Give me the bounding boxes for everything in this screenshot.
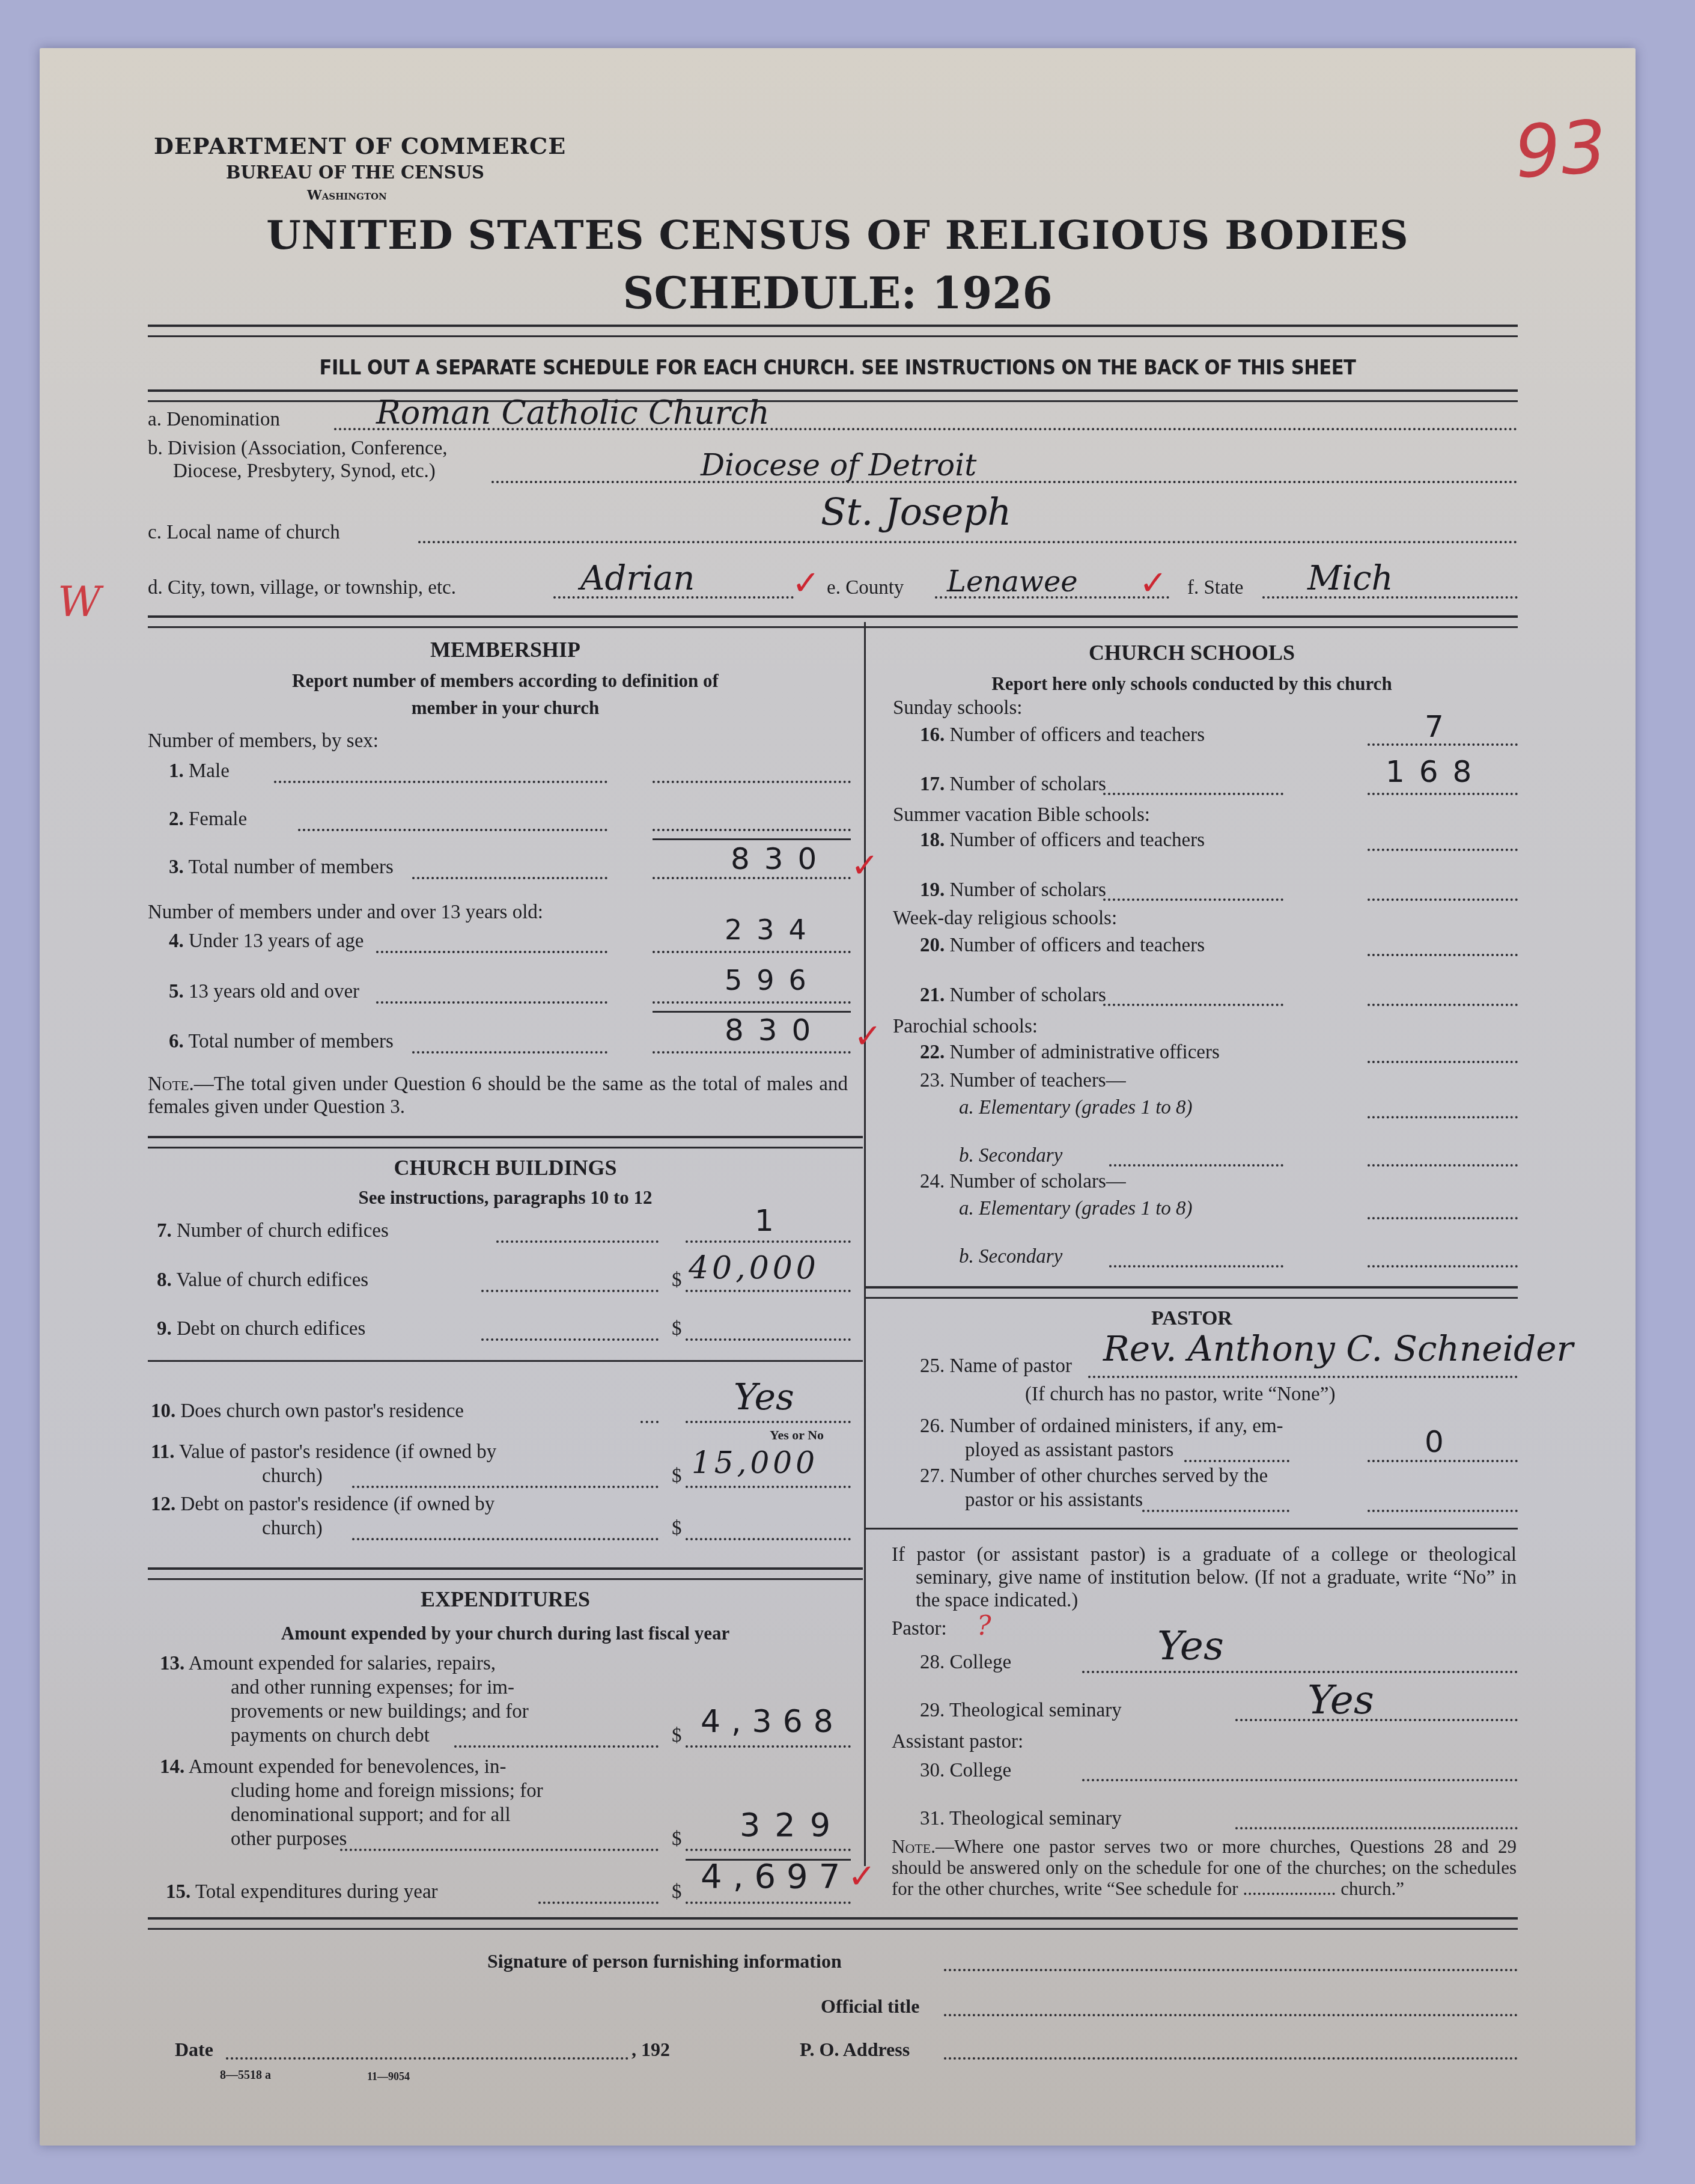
membership-subheading-1: Report number of members according to de… bbox=[148, 670, 863, 692]
q26-field[interactable]: 0 bbox=[1425, 1424, 1458, 1459]
county-label: e. County bbox=[827, 577, 904, 599]
county-field[interactable]: Lenawee bbox=[947, 565, 1078, 599]
age-total-line bbox=[653, 1051, 851, 1054]
under-13-line bbox=[653, 951, 851, 953]
q30-field[interactable] bbox=[1082, 1779, 1518, 1781]
school-19-leader bbox=[1103, 898, 1283, 901]
edifices-count-field[interactable]: 1 bbox=[755, 1203, 788, 1238]
signature-field[interactable] bbox=[944, 1969, 1518, 1971]
date-field[interactable] bbox=[226, 2057, 628, 2060]
exp-15-leader bbox=[538, 1902, 659, 1904]
exp-15-line bbox=[686, 1902, 851, 1904]
exp-14-leader bbox=[340, 1849, 659, 1851]
state-field[interactable]: Mich bbox=[1307, 559, 1393, 598]
school-17-field[interactable]: 168 bbox=[1386, 754, 1486, 789]
female-field[interactable] bbox=[653, 829, 851, 831]
school-21-leader bbox=[1103, 1004, 1283, 1006]
divider-rule bbox=[148, 1136, 863, 1148]
local-name-label: c. Local name of church bbox=[148, 522, 340, 544]
school-16-field[interactable]: 7 bbox=[1425, 709, 1458, 744]
q31-label: 31. Theological seminary bbox=[920, 1808, 1122, 1830]
edifices-count-label: 7. Number of church edifices bbox=[157, 1220, 389, 1242]
pastor-name-line bbox=[1088, 1376, 1518, 1378]
q27-label-1: 27. Number of other churches served by t… bbox=[920, 1465, 1268, 1487]
residence-value-label-2: church) bbox=[262, 1465, 323, 1487]
denomination-field[interactable]: Roman Catholic Church bbox=[376, 394, 770, 432]
pastor-annotation: ? bbox=[977, 1611, 991, 1641]
scholars-secondary-leader bbox=[1109, 1265, 1283, 1267]
checkmark-icon: ✓ bbox=[851, 846, 879, 885]
edifices-value-leader bbox=[481, 1290, 659, 1292]
city-label: d. City, town, village, or township, etc… bbox=[148, 577, 456, 599]
form-code: 8—5518 a bbox=[220, 2069, 271, 2082]
exp-15-field[interactable]: 4,697 bbox=[701, 1857, 851, 1896]
print-code: 11—9054 bbox=[367, 2070, 410, 2083]
female-leader bbox=[298, 829, 607, 831]
schools-subheading: Report here only schools conducted by th… bbox=[866, 673, 1518, 695]
divider-rule bbox=[148, 615, 1518, 628]
page-number-annotation: 93 bbox=[1512, 105, 1609, 195]
over-13-line bbox=[653, 1001, 851, 1004]
signature-label: Signature of person furnishing informati… bbox=[487, 1950, 842, 1972]
division-label-2: Diocese, Presbytery, Synod, etc.) bbox=[173, 460, 436, 483]
exp-14-line-2: cluding home and foreign missions; for bbox=[231, 1780, 543, 1802]
dollar-sign: $ bbox=[672, 1881, 682, 1903]
exp-13-leader bbox=[454, 1745, 659, 1748]
exp-14-line-3: denominational support; and for all bbox=[231, 1804, 511, 1826]
date-suffix: , 192 bbox=[631, 2039, 670, 2061]
schools-heading: CHURCH SCHOOLS bbox=[866, 640, 1518, 665]
exp-13-line-3: provements or new buildings; and for bbox=[231, 1701, 529, 1723]
bureau-heading: BUREAU OF THE CENSUS bbox=[226, 162, 484, 183]
pastor-heading: PASTOR bbox=[866, 1307, 1518, 1330]
school-17-label: 17. Number of scholars bbox=[920, 773, 1106, 796]
by-age-label: Number of members under and over 13 year… bbox=[148, 901, 543, 924]
margin-annotation: W bbox=[58, 577, 101, 626]
school-20-field[interactable] bbox=[1368, 954, 1518, 956]
buildings-heading: CHURCH BUILDINGS bbox=[148, 1155, 863, 1180]
exp-15-label: 15. Total expenditures during year bbox=[166, 1881, 438, 1903]
yes-no-hint: Yes or No bbox=[770, 1427, 824, 1443]
age-total-field[interactable]: 830 bbox=[725, 1013, 825, 1048]
parochial-schools-label: Parochial schools: bbox=[893, 1016, 1038, 1038]
exp-14-line bbox=[686, 1849, 851, 1851]
instruction-line: FILL OUT A SEPARATE SCHEDULE FOR EACH CH… bbox=[40, 356, 1636, 380]
expenditures-subheading: Amount expended by your church during la… bbox=[148, 1623, 863, 1644]
total-members-field[interactable]: 830 bbox=[731, 841, 831, 876]
pastor-name-label: 25. Name of pastor bbox=[920, 1355, 1072, 1377]
edifices-debt-leader bbox=[481, 1338, 659, 1341]
teachers-secondary-leader bbox=[1109, 1164, 1283, 1167]
divider-rule bbox=[866, 1528, 1518, 1530]
residence-value-label: 11. Value of pastor's residence (if owne… bbox=[151, 1441, 496, 1463]
divider-rule bbox=[148, 1567, 863, 1580]
address-label: P. O. Address bbox=[800, 2039, 910, 2061]
q30-label: 30. College bbox=[920, 1760, 1011, 1782]
dollar-sign: $ bbox=[672, 1318, 682, 1340]
membership-subheading-2: member in your church bbox=[148, 697, 863, 719]
assistant-pastor-label: Assistant pastor: bbox=[892, 1731, 1023, 1753]
address-field[interactable] bbox=[944, 2057, 1518, 2060]
q27-leader bbox=[1142, 1510, 1289, 1512]
owns-residence-label: 10. Does church own pastor's residence bbox=[151, 1400, 464, 1423]
local-name-line bbox=[418, 541, 1518, 543]
pastor-label: Pastor: bbox=[892, 1618, 947, 1640]
membership-heading: MEMBERSHIP bbox=[148, 637, 863, 662]
school-18-field[interactable] bbox=[1368, 849, 1518, 851]
graduate-note: If pastor (or assistant pastor) is a gra… bbox=[892, 1543, 1517, 1612]
over-13-field[interactable]: 596 bbox=[725, 964, 821, 996]
divider-rule bbox=[148, 1360, 863, 1362]
school-20-label: 20. Number of officers and teachers bbox=[920, 935, 1205, 957]
scholars-label: 24. Number of scholars— bbox=[920, 1171, 1126, 1193]
exp-14-field[interactable]: 329 bbox=[740, 1806, 845, 1844]
census-schedule-page: DEPARTMENT OF COMMERCE BUREAU OF THE CEN… bbox=[40, 48, 1636, 2146]
dollar-sign: $ bbox=[672, 1828, 682, 1850]
q26-label-1: 26. Number of ordained ministers, if any… bbox=[920, 1415, 1283, 1438]
state-label: f. State bbox=[1187, 577, 1243, 599]
residence-value-line bbox=[686, 1486, 851, 1488]
pastor-name-field[interactable]: Rev. Anthony C. Schneider bbox=[1103, 1328, 1573, 1369]
column-divider bbox=[864, 622, 866, 1866]
denomination-label: a. Denomination bbox=[148, 409, 280, 431]
total-members-line bbox=[653, 877, 851, 879]
school-22-field[interactable] bbox=[1368, 1061, 1518, 1063]
divider-rule bbox=[148, 389, 1518, 402]
scholars-elementary-label: a. Elementary (grades 1 to 8) bbox=[959, 1198, 1193, 1220]
sum-rule bbox=[653, 838, 851, 840]
department-heading: DEPARTMENT OF COMMERCE bbox=[154, 132, 566, 159]
school-22-label: 22. Number of administrative officers bbox=[920, 1042, 1220, 1064]
school-21-label: 21. Number of scholars bbox=[920, 984, 1106, 1007]
male-leader bbox=[274, 781, 607, 783]
form-title: UNITED STATES CENSUS OF RELIGIOUS BODIES bbox=[40, 212, 1636, 258]
date-label: Date bbox=[175, 2039, 213, 2061]
city-heading: Washington bbox=[307, 188, 387, 203]
edifices-debt-label: 9. Debt on church edifices bbox=[157, 1318, 365, 1340]
school-19-label: 19. Number of scholars bbox=[920, 879, 1106, 901]
q29-line bbox=[1235, 1719, 1518, 1721]
q29-field[interactable]: Yes bbox=[1307, 1677, 1374, 1723]
official-title-field[interactable] bbox=[944, 2014, 1518, 2016]
city-field[interactable]: Adrian bbox=[580, 559, 695, 598]
total-members-label: 3. Total number of members bbox=[169, 856, 394, 879]
q28-label: 28. College bbox=[920, 1652, 1011, 1674]
sunday-schools-label: Sunday schools: bbox=[893, 697, 1022, 719]
exp-13-line-2: and other running expenses; for im- bbox=[231, 1677, 514, 1699]
q27-label-2: pastor or his assistants bbox=[965, 1489, 1143, 1511]
divider-rule bbox=[866, 1286, 1518, 1299]
over-13-leader bbox=[376, 1001, 607, 1004]
owns-residence-field[interactable]: Yes bbox=[734, 1376, 794, 1418]
school-21-field[interactable] bbox=[1368, 1004, 1518, 1006]
edifices-value-label: 8. Value of church edifices bbox=[157, 1269, 368, 1292]
male-field[interactable] bbox=[653, 781, 851, 783]
membership-note: Note.—The total given under Question 6 s… bbox=[148, 1073, 848, 1118]
official-title-label: Official title bbox=[821, 1995, 919, 2018]
school-19-field[interactable] bbox=[1368, 898, 1518, 901]
school-18-label: 18. Number of officers and teachers bbox=[920, 829, 1205, 852]
by-sex-label: Number of members, by sex: bbox=[148, 730, 379, 752]
edifices-value-field[interactable]: 40,000 bbox=[689, 1250, 820, 1286]
school-16-label: 16. Number of officers and teachers bbox=[920, 724, 1205, 746]
division-label-1: b. Division (Association, Conference, bbox=[148, 438, 448, 460]
q26-label-2: ployed as assistant pastors bbox=[965, 1439, 1173, 1462]
exp-13-line bbox=[686, 1745, 851, 1748]
residence-value-field[interactable]: 15,000 bbox=[692, 1445, 818, 1480]
division-line bbox=[491, 481, 1518, 483]
weekday-schools-label: Week-day religious schools: bbox=[893, 907, 1117, 930]
divider-rule bbox=[148, 325, 1518, 337]
age-total-label: 6. Total number of members bbox=[169, 1031, 394, 1053]
under-13-leader bbox=[376, 951, 607, 953]
edifices-count-leader bbox=[496, 1240, 659, 1243]
edifices-value-line bbox=[686, 1290, 851, 1292]
q27-field[interactable] bbox=[1368, 1510, 1518, 1512]
teachers-elementary-field[interactable] bbox=[1368, 1116, 1518, 1118]
checkmark-icon: ✓ bbox=[792, 564, 820, 603]
pastor-note: Note.—Where one pastor serves two or mor… bbox=[892, 1836, 1517, 1899]
exp-13-line-4: payments on church debt bbox=[231, 1725, 430, 1747]
scholars-secondary-field[interactable] bbox=[1368, 1265, 1518, 1267]
dollar-sign: $ bbox=[672, 1465, 682, 1487]
q28-field[interactable]: Yes bbox=[1157, 1623, 1224, 1669]
owns-residence-line bbox=[686, 1421, 851, 1423]
school-17-leader bbox=[1103, 793, 1283, 795]
exp-13-label: 13. Amount expended for salaries, repair… bbox=[160, 1653, 496, 1675]
q28-line bbox=[1082, 1671, 1518, 1673]
none-hint: (If church has no pastor, write “None”) bbox=[1025, 1383, 1335, 1406]
under-13-field[interactable]: 234 bbox=[725, 914, 821, 946]
under-13-label: 4. Under 13 years of age bbox=[169, 930, 364, 953]
expenditures-heading: EXPENDITURES bbox=[148, 1587, 863, 1612]
exp-14-line-4: other purposes bbox=[231, 1828, 347, 1850]
exp-13-field[interactable]: 4,368 bbox=[701, 1704, 844, 1740]
residence-debt-label: 12. Debt on pastor's residence (if owned… bbox=[151, 1493, 495, 1516]
form-subtitle: SCHEDULE: 1926 bbox=[40, 267, 1636, 319]
age-total-leader bbox=[412, 1051, 607, 1054]
female-label: 2. Female bbox=[169, 808, 247, 831]
teachers-secondary-label: b. Secondary bbox=[959, 1145, 1062, 1167]
teachers-elementary-label: a. Elementary (grades 1 to 8) bbox=[959, 1097, 1193, 1119]
residence-debt-field[interactable] bbox=[686, 1538, 851, 1540]
total-leader bbox=[412, 877, 607, 879]
scholars-secondary-label: b. Secondary bbox=[959, 1246, 1062, 1268]
residence-debt-label-2: church) bbox=[262, 1518, 323, 1540]
school-17-line bbox=[1368, 793, 1518, 795]
q29-label: 29. Theological seminary bbox=[920, 1700, 1122, 1722]
local-name-field[interactable]: St. Joseph bbox=[821, 490, 1011, 534]
residence-debt-leader bbox=[352, 1538, 659, 1540]
dollar-sign: $ bbox=[672, 1725, 682, 1747]
edifices-debt-field[interactable] bbox=[686, 1338, 851, 1341]
male-label: 1. Male bbox=[169, 760, 230, 782]
dollar-sign: $ bbox=[672, 1518, 682, 1540]
checkmark-icon: ✓ bbox=[848, 1857, 876, 1896]
over-13-label: 5. 13 years old and over bbox=[169, 981, 359, 1003]
exp-14-label: 14. Amount expended for benevolences, in… bbox=[160, 1756, 506, 1778]
summer-schools-label: Summer vacation Bible schools: bbox=[893, 804, 1150, 826]
edifices-count-line bbox=[686, 1240, 851, 1243]
divider-rule bbox=[148, 1917, 1518, 1930]
q26-line bbox=[1368, 1460, 1518, 1462]
teachers-secondary-field[interactable] bbox=[1368, 1164, 1518, 1167]
teachers-label: 23. Number of teachers— bbox=[920, 1070, 1126, 1092]
q31-field[interactable] bbox=[1235, 1827, 1518, 1829]
checkmark-icon: ✓ bbox=[854, 1017, 882, 1056]
residence-value-leader bbox=[352, 1486, 659, 1488]
division-field[interactable]: Diocese of Detroit bbox=[701, 448, 976, 483]
checkmark-icon: ✓ bbox=[1139, 564, 1167, 603]
scholars-elementary-field[interactable] bbox=[1368, 1217, 1518, 1219]
dollar-sign: $ bbox=[672, 1269, 682, 1292]
q26-leader bbox=[1184, 1460, 1289, 1462]
owns-residence-leader bbox=[641, 1421, 659, 1423]
